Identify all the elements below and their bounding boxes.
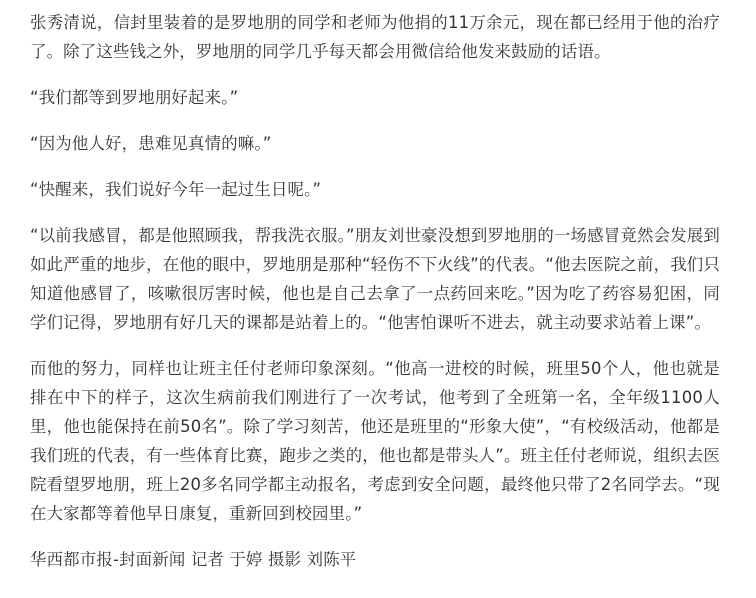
paragraph-donation: 张秀清说，信封里装着的是罗地朋的同学和老师为他捐的11万余元，现在都已经用于他的… <box>30 8 720 66</box>
quote-birthday: “快醒来，我们说好今年一起过生日呢。” <box>30 175 720 204</box>
article-byline: 华西都市报-封面新闻 记者 于婷 摄影 刘陈平 <box>30 545 720 574</box>
quote-wait-recovery: “我们都等到罗地朋好起来。” <box>30 83 720 112</box>
paragraph-teacher-recollection: 而他的努力，同样也让班主任付老师印象深刻。“他高一进校的时候，班里50个人，他也… <box>30 354 720 528</box>
article-body: 张秀清说，信封里装着的是罗地朋的同学和老师为他捐的11万余元，现在都已经用于他的… <box>0 0 720 574</box>
paragraph-friend-recollection: “以前我感冒，都是他照顾我，帮我洗衣服。”朋友刘世豪没想到罗地朋的一场感冒竟然会… <box>30 221 720 337</box>
quote-good-person: “因为他人好，患难见真情的嘛。” <box>30 129 720 158</box>
